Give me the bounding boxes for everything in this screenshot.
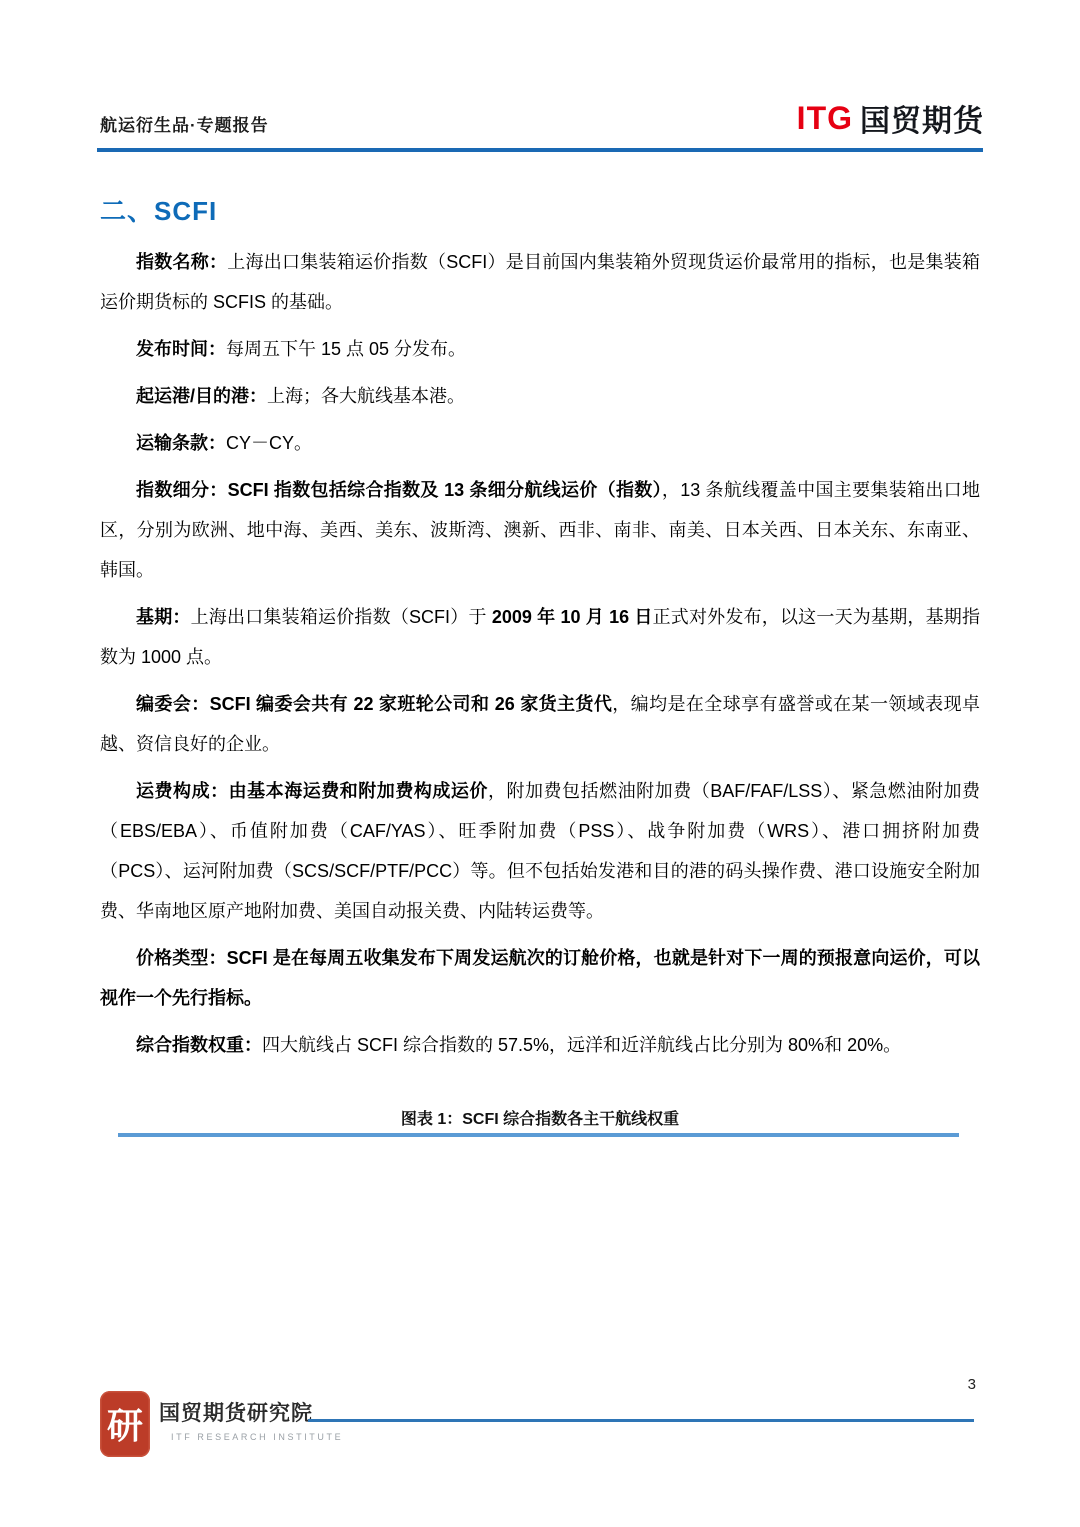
paragraph: 运输条款：CY－CY。 (100, 423, 980, 463)
paragraph-text-run: 上海出口集装箱运价指数（SCFI）于 (191, 607, 492, 627)
doc-type-label: 航运衍生品·专题报告 (100, 101, 269, 136)
seal-character: 研 (107, 1398, 143, 1449)
paragraph: 运费构成：由基本海运费和附加费构成运价，附加费包括燃油附加费（BAF/FAF/L… (100, 771, 980, 931)
paragraph-bold-run: 发布时间： (136, 339, 226, 359)
paragraph-bold-run: 综合指数权重： (136, 1035, 262, 1055)
paragraph-text-run: CY－CY。 (226, 433, 312, 453)
paragraph-text-run: 上海；各大航线基本港。 (267, 386, 465, 406)
paragraph: 发布时间：每周五下午 15 点 05 分发布。 (100, 329, 980, 369)
paragraph-bold-run: 运费构成：由基本海运费和附加费构成运价 (136, 781, 488, 801)
paragraph-text-run: ，附加费包括燃油附加费（BAF/FAF/LSS）、紧急燃油附加费（EBS/EBA… (100, 781, 980, 921)
institute-seal-icon: 研 (100, 1391, 150, 1457)
itg-logo-mark: ITG (797, 100, 853, 137)
page-header: 航运衍生品·专题报告 ITG 国贸期货 (100, 96, 984, 140)
section-title: 二、SCFI (100, 191, 217, 228)
body-paragraphs: 指数名称：上海出口集装箱运价指数（SCFI）是目前国内集装箱外贸现货运价最常用的… (100, 242, 980, 1072)
paragraph-bold-run: 2009 年 10 月 16 日 (492, 607, 653, 627)
footer-divider (308, 1419, 974, 1422)
report-page: 航运衍生品·专题报告 ITG 国贸期货 二、SCFI 指数名称：上海出口集装箱运… (0, 0, 1080, 1527)
paragraph: 起运港/目的港：上海；各大航线基本港。 (100, 376, 980, 416)
paragraph-bold-run: 编委会：SCFI 编委会共有 22 家班轮公司和 26 家货主货代 (136, 694, 612, 714)
page-number: 3 (968, 1376, 976, 1393)
paragraph: 编委会：SCFI 编委会共有 22 家班轮公司和 26 家货主货代，编均是在全球… (100, 684, 980, 764)
header-divider (97, 148, 983, 152)
paragraph-text-run: 四大航线占 SCFI 综合指数的 57.5%，远洋和近洋航线占比分别为 80%和… (262, 1035, 901, 1055)
paragraph-bold-run: 价格类型：SCFI 是在每周五收集发布下周发运航次的订舱价格，也就是针对下一周的… (100, 948, 980, 1008)
paragraph: 价格类型：SCFI 是在每周五收集发布下周发运航次的订舱价格，也就是针对下一周的… (100, 938, 980, 1018)
paragraph-bold-run: 运输条款： (136, 433, 226, 453)
paragraph: 指数细分：SCFI 指数包括综合指数及 13 条细分航线运价（指数），13 条航… (100, 470, 980, 590)
paragraph-bold-run: 起运港/目的港： (136, 386, 267, 406)
paragraph-text-run: 每周五下午 15 点 05 分发布。 (226, 339, 466, 359)
paragraph: 综合指数权重：四大航线占 SCFI 综合指数的 57.5%，远洋和近洋航线占比分… (100, 1025, 980, 1065)
institute-subtitle: ITF RESEARCH INSTITUTE (171, 1432, 343, 1442)
paragraph-text-run: 上海出口集装箱运价指数（SCFI）是目前国内集装箱外贸现货运价最常用的指标，也是… (100, 252, 980, 312)
paragraph-bold-run: 指数名称： (136, 252, 227, 272)
itg-logo-chinese-name: 国贸期货 (860, 96, 984, 140)
paragraph: 基期：上海出口集装箱运价指数（SCFI）于 2009 年 10 月 16 日正式… (100, 597, 980, 677)
figure-caption: 图表 1：SCFI 综合指数各主干航线权重 (100, 1106, 980, 1129)
paragraph: 指数名称：上海出口集装箱运价指数（SCFI）是目前国内集装箱外贸现货运价最常用的… (100, 242, 980, 322)
figure-caption-divider (118, 1133, 959, 1137)
paragraph-bold-run: 指数细分：SCFI 指数包括综合指数及 13 条细分航线运价（指数） (136, 480, 662, 500)
itg-logo: ITG 国贸期货 (797, 96, 984, 140)
paragraph-bold-run: 基期： (136, 607, 191, 627)
institute-name: 国贸期货研究院 (159, 1397, 343, 1427)
